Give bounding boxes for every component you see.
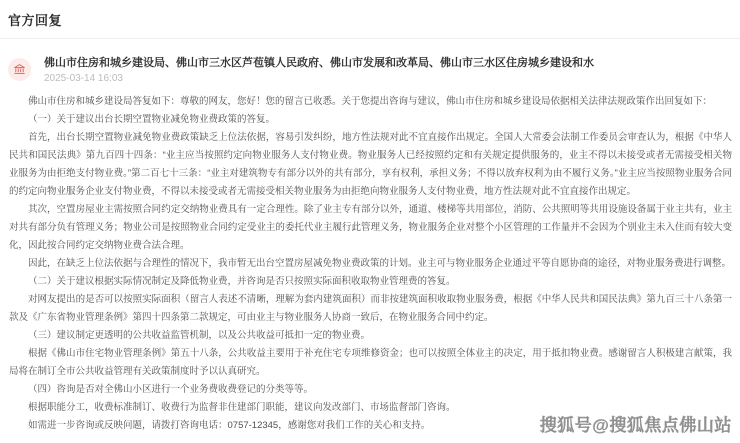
body-paragraph: 对网友提出的是否可以按照实际面积（留言人表述不清晰，理解为套内建筑面积）而非按建… [9, 291, 732, 327]
page-title: 官方回复 [8, 10, 732, 29]
reply-body: 佛山市住房和城乡建设局答复如下：尊敬的网友，您好！您的留言已收悉。关于您提出咨询… [0, 85, 740, 435]
body-paragraph: 其次，空置房屋业主需按照合同约定交纳物业费具有一定合理性。除了业主专有部分以外，… [9, 201, 732, 255]
watermark: 搜狐号@搜狐焦点佛山站 [540, 411, 732, 436]
reply-header: 佛山市住房和城乡建设局、佛山市三水区芦苞镇人民政府、佛山市发展和改革局、佛山市三… [0, 39, 740, 85]
body-paragraph: （四）咨询是否对全佛山小区进行一个业务费收费登记的分类等等。 [9, 381, 732, 399]
reply-date: 2025-03-14 16:03 [44, 73, 594, 85]
body-paragraph: （一）关于建议出台长期空置物业减免物业费政策的答复。 [9, 111, 732, 129]
body-paragraph: 根据《佛山市住宅物业管理条例》第五十八条，公共收益主要用于补充住宅专项维修资金；… [9, 345, 732, 381]
body-paragraph: （二）关于建议根据实际情况制定及降低物业费，并咨询是否只按照实际面积收取物业管理… [9, 273, 732, 291]
reply-agency-title: 佛山市住房和城乡建设局、佛山市三水区芦苞镇人民政府、佛山市发展和改革局、佛山市三… [44, 56, 594, 70]
government-building-icon [8, 58, 31, 81]
reply-card: 佛山市住房和城乡建设局、佛山市三水区芦苞镇人民政府、佛山市发展和改革局、佛山市三… [0, 39, 740, 435]
body-paragraph: 佛山市住房和城乡建设局答复如下：尊敬的网友，您好！您的留言已收悉。关于您提出咨询… [9, 93, 732, 111]
section-header: 官方回复 [0, 0, 740, 39]
body-paragraph: （三）建议制定更透明的公共收益监管机制，以及公共收益可抵扣一定的物业费。 [9, 327, 732, 345]
body-paragraph: 因此，在缺乏上位法依据与合理性的情况下，我市暂无出台空置房屋减免物业费政策的计划… [9, 255, 732, 273]
official-reply-page: 官方回复 佛山市住房和城乡建设局、佛山市三水区芦苞镇人民政府、佛山市发展和改革局… [0, 0, 740, 443]
reply-meta: 佛山市住房和城乡建设局、佛山市三水区芦苞镇人民政府、佛山市发展和改革局、佛山市三… [44, 56, 594, 85]
body-paragraph: 首先，出台长期空置物业减免物业费政策缺乏上位法依据，容易引发纠纷，地方性法规对此… [9, 129, 732, 201]
